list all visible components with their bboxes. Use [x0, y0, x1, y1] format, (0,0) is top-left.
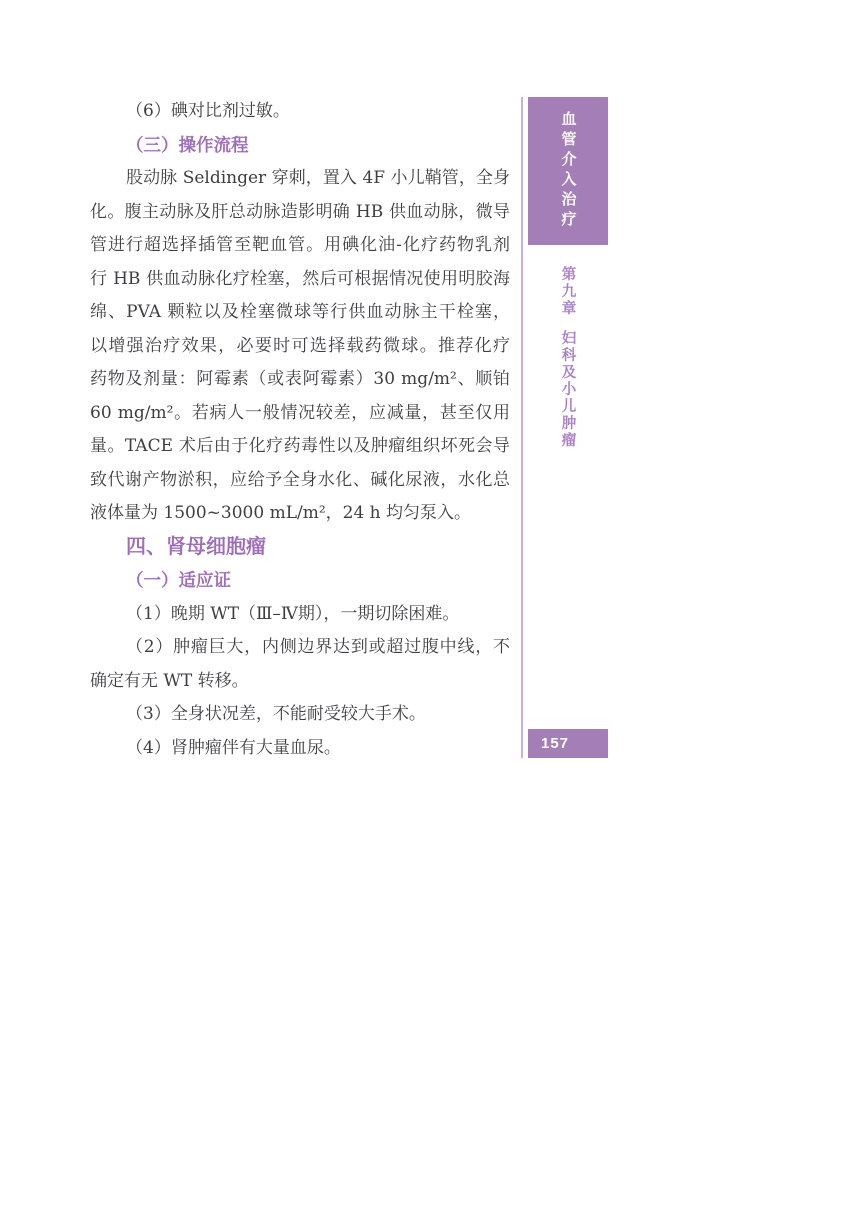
text-line: 化。腹主动脉及肝总动脉造影明确 HB 供血动脉，微导 [90, 196, 510, 230]
text-line: （6）碘对比剂过敏。 [90, 95, 510, 129]
text-line: 确定有无 WT 转移。 [90, 665, 510, 699]
text-line: 股动脉 Seldinger 穿刺，置入 4F 小儿鞘管，全身肝素 [90, 162, 510, 196]
text-line: 药物及剂量：阿霉素（或表阿霉素）30 mg/m²、顺铂 [90, 363, 510, 397]
text-line: 管进行超选择插管至靶血管。用碘化油-化疗药物乳剂 [90, 229, 510, 263]
section-tab-label: 血管介入治疗 [558, 111, 579, 231]
page-content: （6）碘对比剂过敏。（三）操作流程股动脉 Seldinger 穿刺，置入 4F … [90, 95, 510, 765]
text-line: 60 mg/m²。若病人一般情况较差，应减量，甚至仅用半 [90, 397, 510, 431]
chapter-marker: 第九章妇科及小儿肿瘤 [528, 266, 608, 746]
text-line: （3）全身状况差，不能耐受较大手术。 [90, 698, 510, 732]
text-line: 量。TACE 术后由于化疗药毒性以及肿瘤组织坏死会导 [90, 430, 510, 464]
chapter-number: 第九章 [560, 266, 576, 317]
text-line: 绵、PVA 颗粒以及栓塞微球等行供血动脉主干栓塞， [90, 296, 510, 330]
sidebar-vertical-rule [521, 97, 523, 758]
text-line: （1）晚期 WT（Ⅲ–Ⅳ期），一期切除困难。 [90, 598, 510, 632]
section-heading: 四、肾母细胞瘤 [90, 531, 510, 565]
page-number: 157 [541, 735, 569, 752]
page-number-badge: 157 [528, 729, 608, 758]
text-line: 致代谢产物淤积，应给予全身水化、碱化尿液，水化总 [90, 464, 510, 498]
text-line: （2）肿瘤巨大，内侧边界达到或超过腹中线，不能 [90, 631, 510, 665]
section-tab: 血管介入治疗 [528, 97, 608, 245]
text-line: （4）肾肿瘤伴有大量血尿。 [90, 732, 510, 766]
chapter-marker-text: 第九章妇科及小儿肿瘤 [558, 266, 579, 746]
sub-heading: （三）操作流程 [90, 129, 510, 163]
sub-heading: （一）适应证 [90, 564, 510, 598]
text-line: 以增强治疗效果，必要时可选择载药微球。推荐化疗 [90, 330, 510, 364]
chapter-title: 妇科及小儿肿瘤 [560, 330, 576, 449]
text-line: 液体量为 1500~3000 mL/m²，24 h 均匀泵入。 [90, 497, 510, 531]
text-line: 行 HB 供血动脉化疗栓塞，然后可根据情况使用明胶海 [90, 263, 510, 297]
